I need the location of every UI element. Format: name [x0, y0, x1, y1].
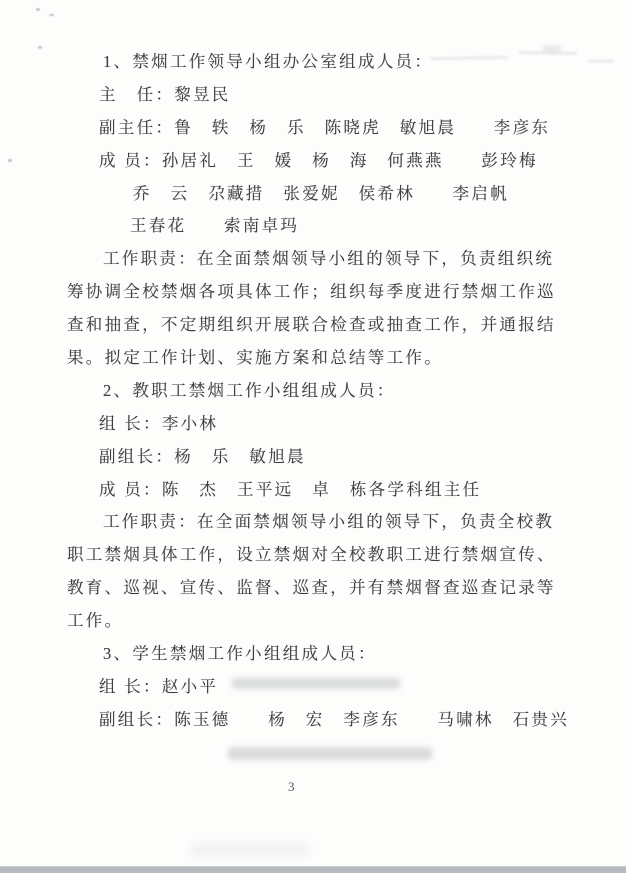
section1-director-line: 主 任：黎昱民: [67, 79, 572, 112]
section1-duty-line-4: 果。拟定工作计划、实施方案和总结等工作。: [67, 342, 572, 375]
section2-duty-line-3: 教育、巡视、宣传、监督、巡查，并有禁烟督查巡查记录等: [67, 572, 572, 605]
bleedthrough-mark-1: [232, 678, 400, 689]
section1-duty-line-3: 查和抽查，不定期组织开展联合检查或抽查工作，并通报结: [67, 309, 572, 342]
section2-members-line: 成 员：陈 杰 王平远 卓 栋各学科组主任: [67, 474, 572, 507]
section2-duty-line-1: 工作职责：在全面禁烟领导小组的领导下，负责全校教: [67, 506, 572, 539]
scan-speck-3: [38, 46, 42, 49]
section2-duty-line-4: 工作。: [67, 605, 572, 638]
section3-heading: 3、学生禁烟工作小组组成人员：: [67, 638, 572, 671]
scan-smudge-3: [588, 60, 614, 62]
scan-speck-2: [49, 14, 54, 16]
scan-smudge-4: [543, 46, 561, 51]
section2-heading: 2、教职工禁烟工作小组组成人员：: [67, 375, 572, 408]
section1-duty-line-1: 工作职责：在全面禁烟领导小组的领导下，负责组织统: [67, 243, 572, 276]
bleedthrough-mark-3: [190, 843, 310, 857]
scan-speck-1: [36, 8, 40, 11]
scanned-document-page: { "document": { "section1": { "heading":…: [0, 0, 626, 873]
scan-speck-4: [8, 159, 12, 162]
section1-heading: 1、禁烟工作领导小组办公室组成人员：: [67, 46, 572, 79]
section1-members-line-1: 成 员：孙居礼 王 媛 杨 海 何燕燕 彭玲梅: [67, 145, 572, 178]
bleedthrough-mark-2: [228, 747, 432, 760]
section1-deputy-line: 副主任：鲁 轶 杨 乐 陈晓虎 敏旭晨 李彦东: [67, 112, 572, 145]
document-body: 1、禁烟工作领导小组办公室组成人员： 主 任：黎昱民 副主任：鲁 轶 杨 乐 陈…: [67, 46, 572, 737]
section1-duty-line-2: 筹协调全校禁烟各项具体工作；组织每季度进行禁烟工作巡: [67, 276, 572, 309]
section2-leader-line: 组 长：李小林: [67, 408, 572, 441]
page-number: 3: [288, 779, 295, 795]
section1-members-line-2: 乔 云 尕藏措 张爱妮 侯希林 李启帆: [67, 178, 572, 211]
paper-page: 1、禁烟工作领导小组办公室组成人员： 主 任：黎昱民 副主任：鲁 轶 杨 乐 陈…: [0, 0, 626, 873]
scan-edge-bar: [0, 866, 626, 873]
section3-deputy-line: 副组长：陈玉德 杨 宏 李彦东 马啸林 石贵兴: [67, 704, 572, 737]
section1-members-line-3: 王春花 索南卓玛: [67, 210, 572, 243]
section2-duty-line-2: 职工禁烟具体工作，设立禁烟对全校教职工进行禁烟宣传、: [67, 539, 572, 572]
section2-deputy-line: 副组长：杨 乐 敏旭晨: [67, 441, 572, 474]
